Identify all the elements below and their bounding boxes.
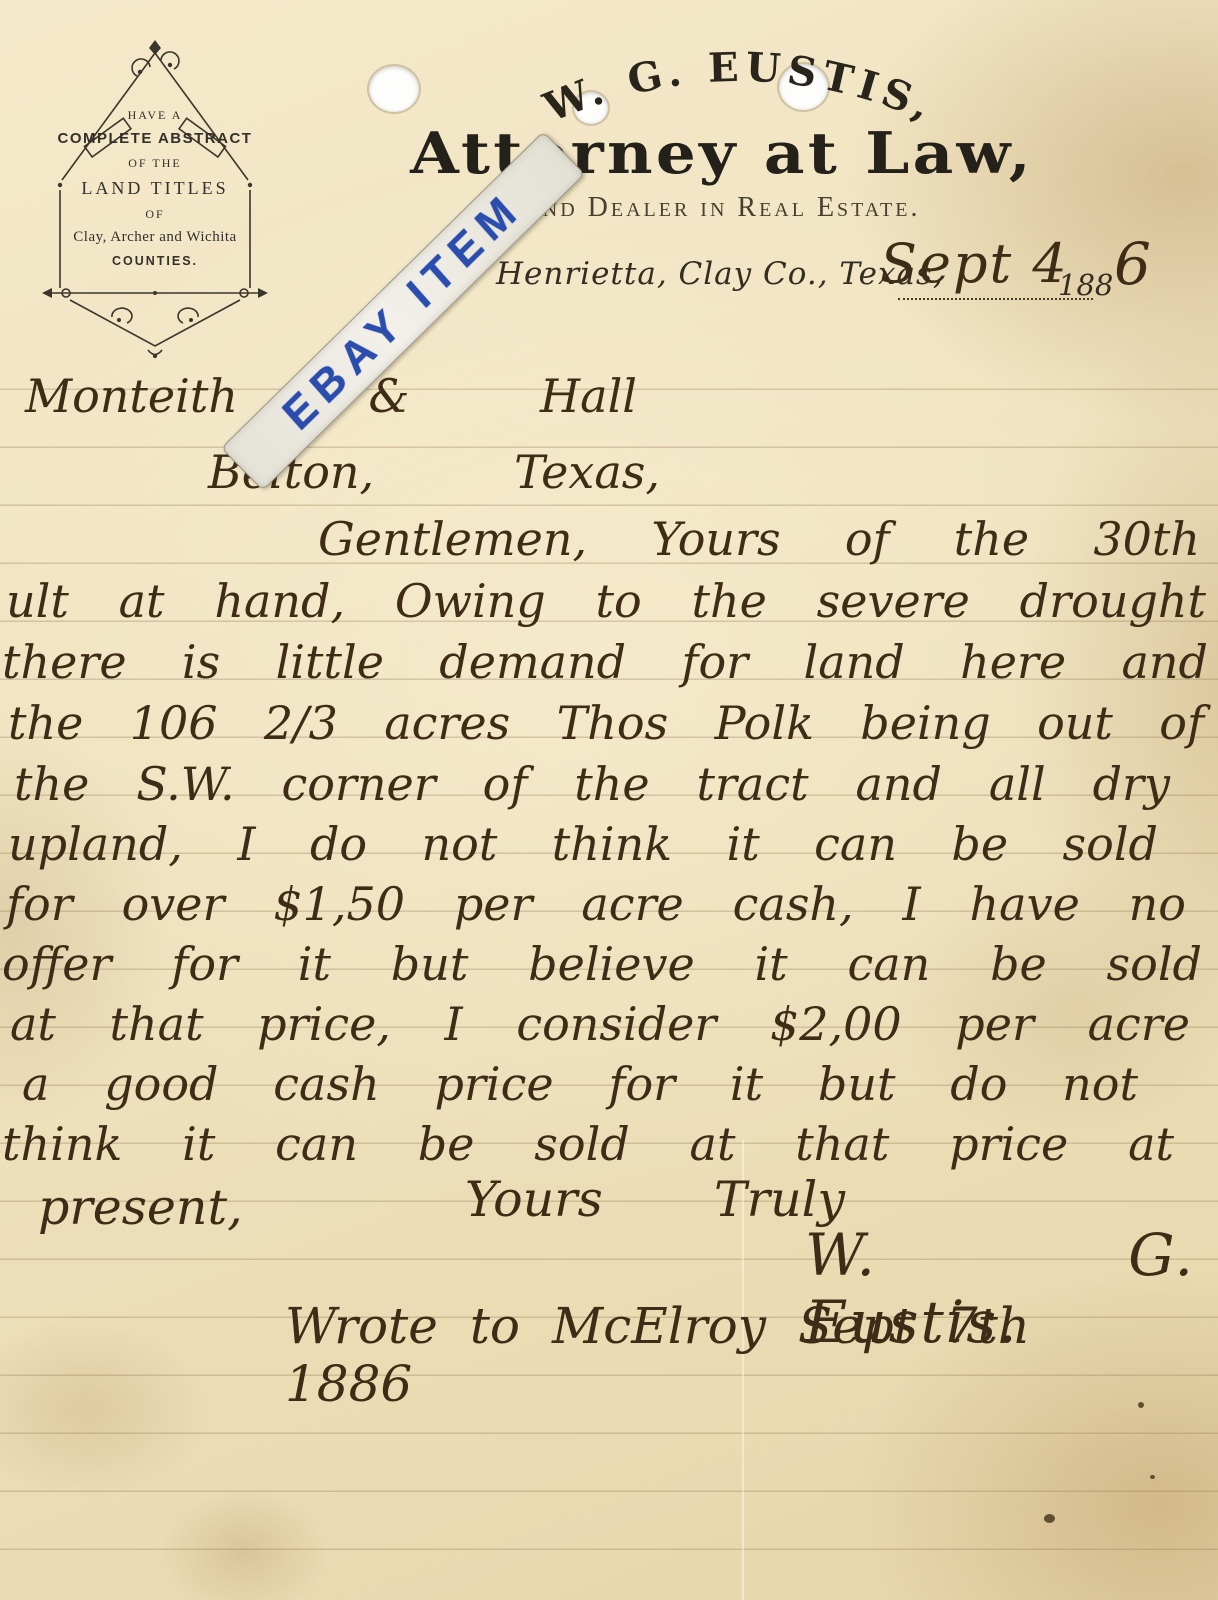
emblem-text-of: OF [40, 207, 270, 222]
closing-yours-truly: Yours Truly [465, 1172, 845, 1228]
docket-notation: Wrote to McElroy Sept 7th 1886 [285, 1298, 1030, 1413]
punch-hole [369, 66, 419, 112]
letter-line: offer for it but believe it can be sold [2, 938, 1202, 991]
letter-line: there is little demand for land here and [2, 636, 1208, 689]
letter-line: the S.W. corner of the tract and all dry [14, 758, 1170, 811]
attorney-at-law-title: Attorney at Law, [359, 120, 1085, 187]
emblem-text-of-the: OF THE [40, 156, 270, 171]
letter-line: upland, I do not think it can be sold [8, 818, 1158, 871]
emblem-text-counties: COUNTIES. [40, 254, 270, 268]
emblem-text-have-a: HAVE A [40, 108, 270, 123]
letter-line: a good cash price for it but do not [22, 1058, 1138, 1111]
emblem-text-counties-names: Clay, Archer and Wichita [40, 229, 270, 246]
letterhead-emblem: HAVE A COMPLETE ABSTRACT OF THE LAND TIT… [40, 30, 270, 362]
firm-name-text: W. G. EUSTIS, [537, 44, 943, 132]
letter-line: ult at hand, Owing to the severe drought [6, 575, 1206, 628]
emblem-text-land-titles: LAND TITLES [40, 178, 270, 199]
ink-speck [1044, 1514, 1055, 1523]
letter-line: at that price, I consider $2,00 per acre [10, 998, 1190, 1051]
letter-line: for over $1,50 per acre cash, I have no [6, 878, 1186, 931]
ink-speck [1150, 1475, 1155, 1479]
ink-speck [1138, 1402, 1144, 1408]
handwritten-year-digit: 6 [1114, 230, 1151, 298]
letter-line: think it can be sold at that price at [2, 1118, 1174, 1171]
printed-dateline: Henrietta, Clay Co., Texas, [496, 256, 944, 292]
emblem-text-abstract: COMPLETE ABSTRACT [40, 130, 270, 147]
handwritten-date: Sept 4 [880, 232, 1069, 295]
closing-present: present, [38, 1180, 243, 1236]
svg-text:W. G. EUSTIS,: W. G. EUSTIS, [537, 44, 943, 132]
letter-line: the 106 2/3 acres Thos Polk being out of [8, 697, 1204, 750]
letter-scan-page: HAVE A COMPLETE ABSTRACT OF THE LAND TIT… [0, 0, 1218, 1600]
printed-year-188: 188 [1058, 268, 1113, 302]
letter-line: Gentlemen, Yours of the 30th [318, 513, 1200, 566]
